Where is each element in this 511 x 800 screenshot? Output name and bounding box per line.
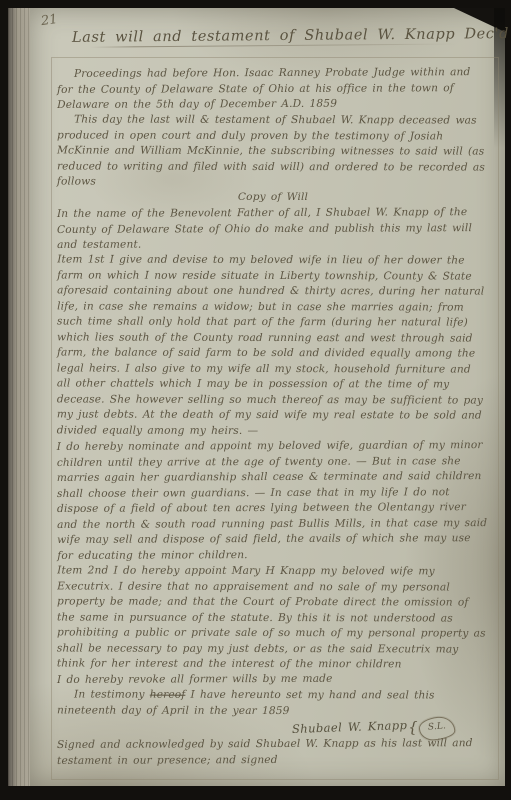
guardianship-paragraph: I do hereby nominate and appoint my belo…	[57, 438, 490, 564]
testimonium-pre: In testimony	[74, 688, 150, 700]
page-number: 21	[40, 12, 58, 29]
presentation-paragraph: This day the last will & testament of Sh…	[57, 112, 489, 191]
signature-row: Shubael W. Knapp { S.L.	[57, 719, 489, 737]
proceedings-paragraph: Proceedings had before Hon. Isaac Ranney…	[57, 65, 489, 114]
attestation-paragraph: Signed and acknowledged by said Shubael …	[57, 736, 489, 769]
preamble-paragraph: In the name of the Benevolent Father of …	[57, 205, 489, 254]
item-second-paragraph: Item 2nd I do hereby appoint Mary H Knap…	[57, 563, 489, 673]
copy-of-will-heading: Copy of Will	[57, 190, 489, 206]
ledger-page: 21 Last will and testament of Shubael W.…	[30, 8, 505, 786]
testator-signature: Shubael W. Knapp	[292, 718, 408, 738]
seal-brace: {	[408, 720, 418, 736]
testimonium-struck-word: hereof	[150, 689, 186, 701]
item-first-paragraph: Item 1st I give and devise to my beloved…	[57, 252, 489, 440]
testimonium-paragraph: In testimony hereof I have hereunto set …	[57, 687, 489, 719]
revocation-line: I do hereby revoke all former wills by m…	[57, 671, 489, 688]
document-body: Proceedings had before Hon. Isaac Ranney…	[52, 58, 498, 780]
document-title: Last will and testament of Shubael W. Kn…	[72, 26, 497, 48]
